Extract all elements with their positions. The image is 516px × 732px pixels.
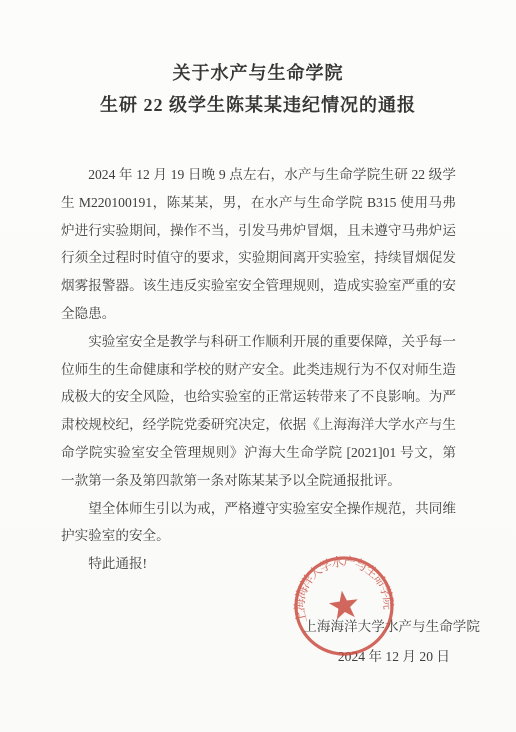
- body-paragraph-4: 特此通报!: [61, 550, 456, 578]
- document-page: 关于水产与生命学院 生研 22 级学生陈某某违纪情况的通报 2024 年 12 …: [0, 0, 516, 732]
- signature-block: 上海海洋大学水产与生命学院 2024 年 12 月 20 日: [0, 612, 516, 672]
- signature-date: 2024 年 12 月 20 日: [0, 642, 516, 672]
- signature-org: 上海海洋大学水产与生命学院: [0, 612, 516, 642]
- body-paragraph-2: 实验室安全是教学与科研工作顺利开展的重要保障，关乎每一位师生的生命健康和学校的财…: [61, 328, 456, 495]
- document-title: 关于水产与生命学院 生研 22 级学生陈某某违纪情况的通报: [0, 57, 516, 121]
- body-paragraph-3: 望全体师生引以为戒，严格遵守实验室安全操作规范，共同维护实验室的安全。: [61, 495, 456, 551]
- document-title-line1: 关于水产与生命学院: [0, 57, 516, 89]
- body-paragraph-1: 2024 年 12 月 19 日晚 9 点左右，水产与生命学院生研 22 级学生…: [61, 161, 456, 328]
- document-body: 2024 年 12 月 19 日晚 9 点左右，水产与生命学院生研 22 级学生…: [61, 161, 456, 578]
- document-title-line2: 生研 22 级学生陈某某违纪情况的通报: [0, 89, 516, 121]
